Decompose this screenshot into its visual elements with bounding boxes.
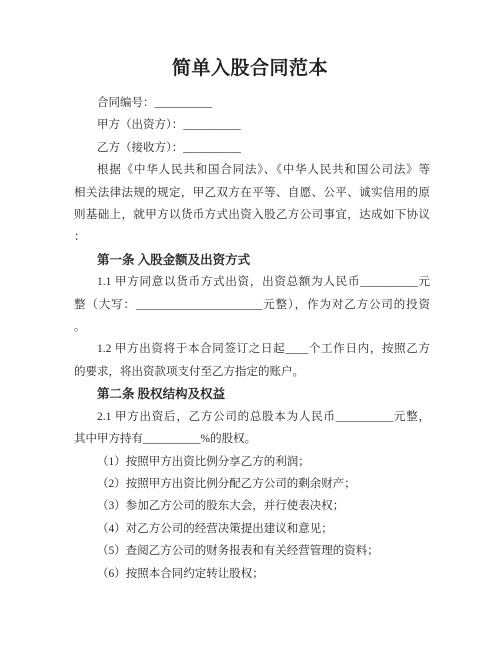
right-item-5: （5）查阅乙方公司的财务报表和有关经营管理的资料；	[74, 540, 430, 562]
document-body: 合同编号：__________ 甲方（出资方）：__________ 乙方（接收…	[74, 92, 430, 585]
right-item-2: （2）按照甲方出资比例分配乙方公司的剩余财产；	[74, 473, 430, 495]
clause-1-2-line-1: 1.2 甲方出资将于本合同签订之日起____个工作日内，按照乙方	[74, 338, 430, 360]
preamble-line-2: 相关法律法规的规定，甲乙双方在平等、自愿、公平、诚实信用的原	[74, 182, 430, 204]
clause-1-1-line-2: 整（大写：______________________元整），作为对乙方公司的投…	[74, 294, 430, 316]
heading-article-2: 第二条 股权结构及权益	[74, 383, 430, 405]
right-item-1: （1）按照甲方出资比例分享乙方的利润；	[74, 451, 430, 473]
clause-2-1-line-1: 2.1 甲方出资后，乙方公司的总股本为人民币__________元整，	[74, 406, 430, 428]
heading-article-1: 第一条 入股金额及出资方式	[74, 249, 430, 271]
clause-2-1-line-2: 其中甲方持有__________%的股权。	[74, 428, 430, 450]
preamble-line-1: 根据《中华人民共和国合同法》、《中华人民共和国公司法》等	[74, 159, 430, 181]
clause-1-2-line-2: 的要求，将出资款项支付至乙方指定的账户。	[74, 361, 430, 383]
preamble-line-4: ：	[74, 226, 430, 248]
document-title: 简单入股合同范本	[0, 54, 500, 83]
clause-1-1-line-1: 1.1 甲方同意以货币方式出资，出资总额为人民币__________元	[74, 271, 430, 293]
right-item-3: （3）参加乙方公司的股东大会，并行使表决权；	[74, 495, 430, 517]
right-item-6: （6）按照本合同约定转让股权；	[74, 563, 430, 585]
preamble-line-3: 则基础上，就甲方以货币方式出资入股乙方公司事宜，达成如下协议	[74, 204, 430, 226]
right-item-4: （4）对乙方公司的经营决策提出建议和意见；	[74, 518, 430, 540]
line-party-b: 乙方（接收方）：__________	[74, 137, 430, 159]
line-contract-number: 合同编号：__________	[74, 92, 430, 114]
line-party-a: 甲方（出资方）：__________	[74, 114, 430, 136]
clause-1-1-line-3: 。	[74, 316, 430, 338]
contract-page: 简单入股合同范本 合同编号：__________ 甲方（出资方）：_______…	[0, 0, 500, 647]
